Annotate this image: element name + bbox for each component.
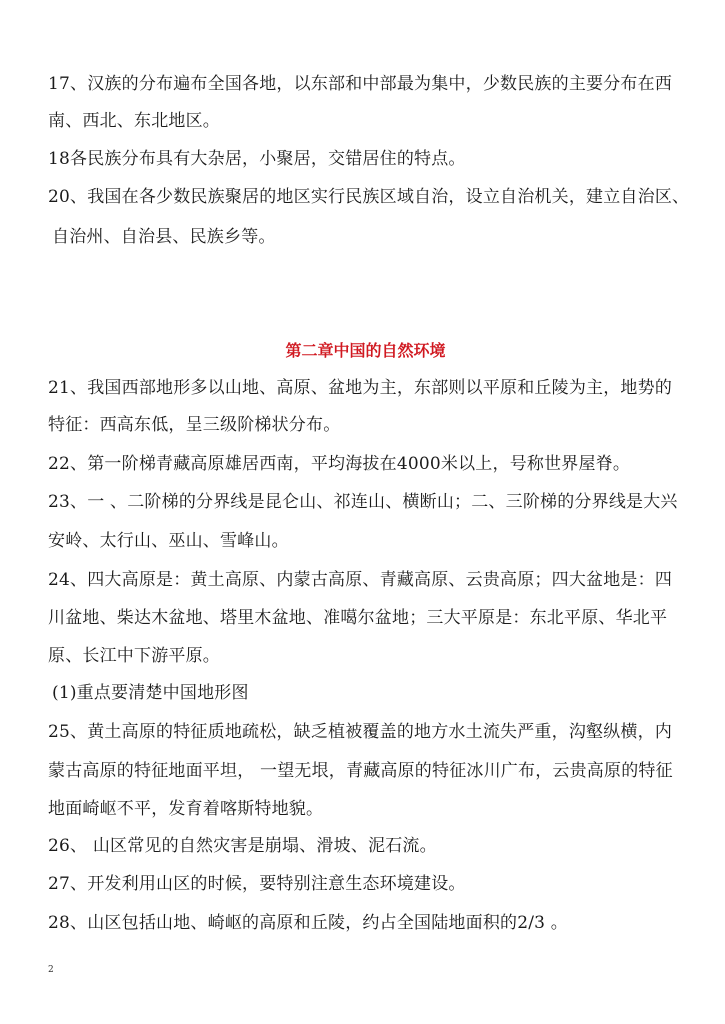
- paragraph-24-line-2: 川盆地、柴达木盆地、塔里木盆地、准噶尔盆地；三大平原是：东北平原、华北平: [48, 607, 667, 629]
- paragraph-22: 22、第一阶梯青藏高原雄居西南，平均海拔在4000米以上，号称世界屋脊。: [48, 453, 630, 475]
- paragraph-17-line-1: 17、汉族的分布遍布全国各地，以东部和中部最为集中，少数民族的主要分布在西: [48, 73, 672, 95]
- note-terrain-map: (1)重点要清楚中国地形图: [52, 682, 249, 704]
- paragraph-25-line-2: 蒙古高原的特征地面平坦， 一望无垠，青藏高原的特征冰川广布，云贵高原的特征: [48, 760, 673, 782]
- paragraph-21-line-2: 特征：西高东低，呈三级阶梯状分布。: [48, 414, 340, 436]
- paragraph-23-line-2: 安岭、太行山、巫山、雪峰山。: [48, 530, 289, 552]
- paragraph-28: 28、山区包括山地、崎岖的高原和丘陵，约占全国陆地面积的2/3 。: [48, 912, 568, 934]
- paragraph-25-line-1: 25、黄土高原的特征质地疏松，缺乏植被覆盖的地方水土流失严重，沟壑纵横，内: [48, 721, 672, 743]
- paragraph-17-line-2: 南、西北、东北地区。: [48, 110, 220, 132]
- paragraph-27: 27、开发利用山区的时候，要特别注意生态环境建设。: [48, 873, 466, 895]
- chapter-heading: 第二章中国的自然环境: [0, 340, 725, 362]
- paragraph-18: 18各民族分布具有大杂居，小聚居，交错居住的特点。: [48, 148, 466, 170]
- paragraph-21-line-1: 21、我国西部地形多以山地、高原、盆地为主，东部则以平原和丘陵为主，地势的: [48, 377, 672, 399]
- document-page: 17、汉族的分布遍布全国各地，以东部和中部最为集中，少数民族的主要分布在西 南、…: [0, 0, 725, 1024]
- paragraph-24-line-3: 原、长江中下游平原。: [48, 645, 220, 667]
- paragraph-20-line-1: 20、我国在各少数民族聚居的地区实行民族区域自治，设立自治机关，建立自治区、: [48, 186, 689, 208]
- page-number: 2: [48, 964, 54, 976]
- paragraph-23-line-1: 23、一 、二阶梯的分界线是昆仑山、祁连山、横断山；二、三阶梯的分界线是大兴: [48, 491, 678, 513]
- paragraph-26: 26、 山区常见的自然灾害是崩塌、滑坡、泥石流。: [48, 835, 437, 857]
- paragraph-20-line-2: 自治州、自治县、民族乡等。: [52, 226, 276, 248]
- paragraph-25-line-3: 地面崎岖不平，发育着喀斯特地貌。: [48, 798, 323, 820]
- paragraph-24-line-1: 24、四大高原是：黄土高原、内蒙古高原、青藏高原、云贵高原；四大盆地是：四: [48, 569, 672, 591]
